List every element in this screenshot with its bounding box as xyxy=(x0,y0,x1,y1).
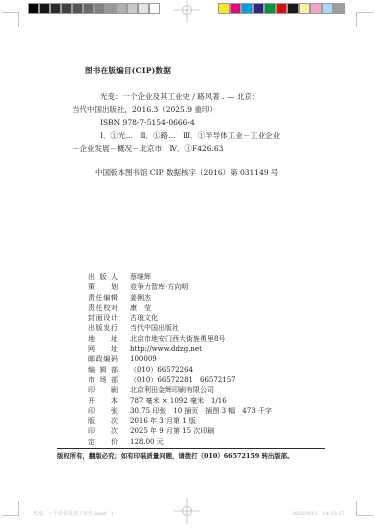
colophon-row: 责任编辑姜俐杰 xyxy=(88,293,348,303)
colophon-row: 策划竞争力智库·方向明 xyxy=(88,282,348,292)
cip-record-number: 中国版本图书馆 CIP 数据核字（2016）第 031149 号 xyxy=(57,166,329,179)
colophon-label: 策划 xyxy=(88,282,118,292)
crop-mark-icon xyxy=(356,501,373,516)
colophon-label: 出版发行 xyxy=(88,323,118,333)
calibration-swatch xyxy=(264,3,276,14)
colophon-row: 开本787 毫米 × 1092 毫米 1/16 xyxy=(88,396,348,406)
colophon-row: 封面设计古琅文化 xyxy=(88,313,348,323)
calibration-swatch xyxy=(333,3,345,14)
registration-mark-icon xyxy=(174,498,200,524)
colophon-row: 印次2025 年 9 月第 15 次印刷 xyxy=(88,426,348,436)
cip-header: 图书在版编目(CIP)数据 xyxy=(85,64,329,77)
calibration-swatch xyxy=(322,3,334,14)
colophon-value: 姜俐杰 xyxy=(130,293,151,303)
crop-mark-icon xyxy=(2,12,19,27)
cip-line: －企业发展－概况－北京市 Ⅳ．①F426.63 xyxy=(57,142,329,155)
colophon-label: 网址 xyxy=(88,344,118,354)
calibration-swatch xyxy=(39,3,50,14)
calibration-swatch xyxy=(50,3,61,14)
colophon-row: 出版发行当代中国出版社 xyxy=(88,323,348,333)
calibration-swatch xyxy=(61,3,72,14)
colophon-value: 787 毫米 × 1092 毫米 1/16 xyxy=(130,396,227,406)
colophon-value: 竞争力智库·方向明 xyxy=(130,282,188,292)
colophon-label: 印刷 xyxy=(88,385,118,395)
calibration-swatch xyxy=(241,3,253,14)
calibration-swatch xyxy=(28,3,39,14)
colophon-row: 版次2016 年 3 月第 1 版 xyxy=(88,416,348,426)
colophon-label: 市场部 xyxy=(88,375,118,385)
colophon-label: 版次 xyxy=(88,416,118,426)
colophon-label: 出版人 xyxy=(88,272,118,282)
colophon-row: 地址北京市地安门西大街旌勇里8号 xyxy=(88,334,348,344)
colophon-value: http://www.ddzg.net xyxy=(130,344,202,354)
calibration-swatch xyxy=(276,3,288,14)
colophon-label: 封面设计 xyxy=(88,313,118,323)
colophon-label: 编辑部 xyxy=(88,365,118,375)
cmyk-calibration-bar xyxy=(218,3,345,14)
colophon-value: 蔡继辉 xyxy=(130,272,151,282)
colophon-row: 邮政编码100009 xyxy=(88,354,348,364)
registration-mark-icon xyxy=(174,0,200,23)
calibration-swatch xyxy=(253,3,265,14)
colophon-row: 网址http://www.ddzg.net xyxy=(88,344,348,354)
colophon-row: 印刷北京利田金辉印刷有限公司 xyxy=(88,385,348,395)
calibration-swatch xyxy=(116,3,127,14)
colophon-label: 印次 xyxy=(88,426,118,436)
cip-line: 当代中国出版社，2016.3（2025.9 重印） xyxy=(57,103,329,116)
calibration-swatch xyxy=(94,3,105,14)
colophon-label: 邮政编码 xyxy=(88,354,118,364)
calibration-swatch xyxy=(72,3,83,14)
colophon-label: 定价 xyxy=(88,437,118,447)
cip-description: 光变：一个企业及其工业史 / 路风著 . — 北京：当代中国出版社，2016.3… xyxy=(57,90,329,155)
colophon-row: 市场部（010）66572281 66572157 xyxy=(88,375,348,385)
calibration-swatch xyxy=(105,3,116,14)
colophon-row: 出版人蔡继辉 xyxy=(88,272,348,282)
colophon-label: 开本 xyxy=(88,396,118,406)
calibration-swatch xyxy=(127,3,138,14)
colophon-value: 古琅文化 xyxy=(130,313,158,323)
colophon-row: 定价128.00 元 xyxy=(88,437,348,447)
colophon-value: 128.00 元 xyxy=(130,437,164,447)
colophon-value: 2025 年 9 月第 15 次印刷 xyxy=(130,426,214,436)
colophon-value: 北京利田金辉印刷有限公司 xyxy=(130,385,214,395)
calibration-swatch xyxy=(83,3,94,14)
colophon-value: 北京市地安门西大街旌勇里8号 xyxy=(130,334,225,344)
calibration-swatch xyxy=(310,3,322,14)
cip-line: Ⅰ．①光… Ⅱ．①路… Ⅲ．①半导体工业－工业企业 xyxy=(57,129,329,142)
colophon-value: 2016 年 3 月第 1 版 xyxy=(130,416,196,426)
calibration-swatch xyxy=(218,3,230,14)
notice-divider xyxy=(57,448,325,449)
copyright-notice: 版权所有，翻版必究；如有印装质量问题，请拨打（010）66572159 转出版部… xyxy=(57,452,329,461)
colophon-label: 责任编辑 xyxy=(88,293,118,303)
colophon-value: 100009 xyxy=(130,354,157,364)
colophon-value: 当代中国出版社 xyxy=(130,323,179,333)
colophon-value: （010）66572281 66572157 xyxy=(130,375,236,385)
colophon-label: 印张 xyxy=(88,406,118,416)
calibration-swatch xyxy=(138,3,149,14)
colophon-label: 地址 xyxy=(88,334,118,344)
colophon-value: （010）66572264 xyxy=(130,365,193,375)
colophon-row: 编辑部（010）66572264 xyxy=(88,365,348,375)
cip-line: 光变：一个企业及其工业史 / 路风著 . — 北京： xyxy=(57,90,329,103)
crop-mark-icon xyxy=(2,501,19,516)
colophon-row: 责任校对康 莹 xyxy=(88,303,348,313)
colophon-row: 印张30.75 印张 10 插页 插图 3 幅 473 千字 xyxy=(88,406,348,416)
footer-timestamp: 2025/9/11 14:13:17 xyxy=(292,511,345,517)
colophon-label: 责任校对 xyxy=(88,303,118,313)
footer-filename: 光变：一个企业及其工业史.indd 1 xyxy=(33,511,114,517)
colophon-value: 30.75 印张 10 插页 插图 3 幅 473 千字 xyxy=(130,406,272,416)
colophon: 出版人蔡继辉策划竞争力智库·方向明责任编辑姜俐杰责任校对康 莹封面设计古琅文化出… xyxy=(88,272,348,447)
colophon-value: 康 莹 xyxy=(130,303,151,313)
calibration-swatch xyxy=(299,3,311,14)
cip-data-block: 图书在版编目(CIP)数据 光变：一个企业及其工业史 / 路风著 . — 北京：… xyxy=(57,64,329,179)
grayscale-calibration-bar xyxy=(28,3,160,14)
calibration-swatch xyxy=(149,3,160,14)
book-copyright-page: 图书在版编目(CIP)数据 光变：一个企业及其工业史 / 路风著 . — 北京：… xyxy=(0,0,375,528)
crop-mark-icon xyxy=(356,12,373,27)
calibration-swatch xyxy=(230,3,242,14)
calibration-swatch xyxy=(287,3,299,14)
cip-line: ISBN 978-7-5154-0666-4 xyxy=(57,116,329,129)
